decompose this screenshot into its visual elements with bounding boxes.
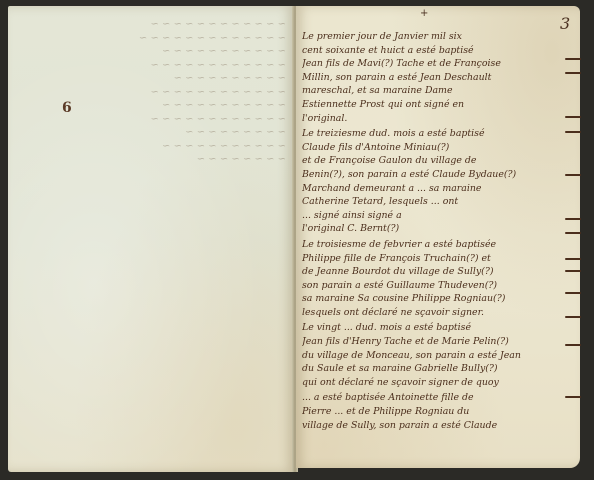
entry-line: de Jeanne Bourdot du village de Sully(?) — [302, 265, 574, 279]
entry-5: ... a esté baptisée Antoinette fille de … — [302, 391, 574, 432]
left-page-mark: 6 — [62, 100, 72, 116]
manuscript-spread: ~ ~ ~ ~ ~ ~ ~ ~ ~ ~ ~ ~ ~ ~ ~ ~ ~ ~ ~ ~ … — [0, 0, 594, 480]
bleed-line: ~ ~ ~ ~ ~ ~ ~ ~ ~ — [20, 126, 286, 140]
baptism-entries: Le premier jour de Janvier mil six cent … — [302, 30, 574, 434]
entry-line: l'original. — [302, 112, 574, 126]
margin-dash — [565, 116, 581, 118]
entry-line: Le vingt ... dud. mois a esté baptisé — [302, 321, 574, 335]
entry-line: mareschal, et sa maraine Dame — [302, 84, 574, 98]
bleed-line: ~ ~ ~ ~ ~ ~ ~ ~ ~ ~ ~ ~ — [20, 18, 286, 32]
entry-line: Le premier jour de Janvier mil six — [302, 30, 574, 44]
entry-line: Le troisiesme de febvrier a esté baptisé… — [302, 238, 574, 252]
entry-line: sa maraine Sa cousine Philippe Rogniau(?… — [302, 292, 574, 306]
entry-1: Le premier jour de Janvier mil six cent … — [302, 30, 574, 125]
bleed-line: ~ ~ ~ ~ ~ ~ ~ ~ ~ ~ ~ ~ ~ — [20, 32, 286, 46]
entry-line: Claude fils d'Antoine Miniau(?) — [302, 141, 574, 155]
entry-line: du Saule et sa maraine Gabrielle Bully(?… — [302, 362, 574, 376]
entry-line: qui ont déclaré ne sçavoir signer de quo… — [302, 376, 574, 390]
bleed-line: ~ ~ ~ ~ ~ ~ ~ ~ ~ ~ — [20, 72, 286, 86]
margin-dash — [565, 218, 581, 220]
margin-dash — [565, 344, 581, 346]
margin-dash — [565, 58, 581, 60]
margin-dash — [565, 131, 581, 133]
bleed-through-text: ~ ~ ~ ~ ~ ~ ~ ~ ~ ~ ~ ~ ~ ~ ~ ~ ~ ~ ~ ~ … — [20, 18, 286, 167]
entry-line: l'original C. Bernt(?) — [302, 222, 574, 236]
margin-dash — [565, 258, 581, 260]
margin-dash — [565, 232, 581, 234]
entry-4: Le vingt ... dud. mois a esté baptisé Je… — [302, 321, 574, 389]
bleed-line: ~ ~ ~ ~ ~ ~ ~ ~ ~ ~ ~ — [20, 99, 286, 113]
entry-line: Benin(?), son parain a esté Claude Bydau… — [302, 168, 574, 182]
entry-line: son parain a esté Guillaume Thudeven(?) — [302, 279, 574, 293]
cross-mark: + — [420, 8, 428, 19]
entry-line: Jean fils d'Henry Tache et de Marie Peli… — [302, 335, 574, 349]
entry-line: Marchand demeurant a ... sa maraine — [302, 182, 574, 196]
entry-line: Jean fils de Mavi(?) Tache et de Françoi… — [302, 57, 574, 71]
bleed-line: ~ ~ ~ ~ ~ ~ ~ ~ ~ ~ ~ ~ — [20, 113, 286, 127]
entry-line: du village de Monceau, son parain a esté… — [302, 349, 574, 363]
bleed-line: ~ ~ ~ ~ ~ ~ ~ ~ — [20, 153, 286, 167]
entry-line: Philippe fille de François Truchain(?) e… — [302, 252, 574, 266]
entry-line: Estiennette Prost qui ont signé en — [302, 98, 574, 112]
bleed-line: ~ ~ ~ ~ ~ ~ ~ ~ ~ ~ ~ — [20, 140, 286, 154]
entry-3: Le troisiesme de febvrier a esté baptisé… — [302, 238, 574, 320]
entry-line: et de Françoise Gaulon du village de — [302, 154, 574, 168]
entry-line: ... a esté baptisée Antoinette fille de — [302, 391, 574, 405]
entry-line: ... signé ainsi signé a — [302, 209, 574, 223]
margin-dash — [565, 72, 581, 74]
entry-line: lesquels ont déclaré ne sçavoir signer. — [302, 306, 574, 320]
bleed-line: ~ ~ ~ ~ ~ ~ ~ ~ ~ ~ ~ ~ — [20, 59, 286, 73]
bleed-line: ~ ~ ~ ~ ~ ~ ~ ~ ~ ~ ~ — [20, 45, 286, 59]
margin-dash — [565, 174, 581, 176]
entry-line: Millin, son parain a esté Jean Deschault — [302, 71, 574, 85]
entry-line: Pierre ... et de Philippe Rogniau du — [302, 405, 574, 419]
entry-2: Le treiziesme dud. mois a esté baptisé C… — [302, 127, 574, 236]
margin-dash — [565, 396, 581, 398]
margin-dash — [565, 270, 581, 272]
entry-line: cent soixante et huict a esté baptisé — [302, 44, 574, 58]
margin-dash — [565, 292, 581, 294]
margin-dash — [565, 316, 581, 318]
bleed-line: ~ ~ ~ ~ ~ ~ ~ ~ ~ ~ ~ ~ — [20, 86, 286, 100]
margin-line-fillers — [565, 0, 585, 480]
entry-line: Catherine Tetard, lesquels ... ont — [302, 195, 574, 209]
entry-line: Le treiziesme dud. mois a esté baptisé — [302, 127, 574, 141]
entry-line: village de Sully, son parain a esté Clau… — [302, 419, 574, 433]
